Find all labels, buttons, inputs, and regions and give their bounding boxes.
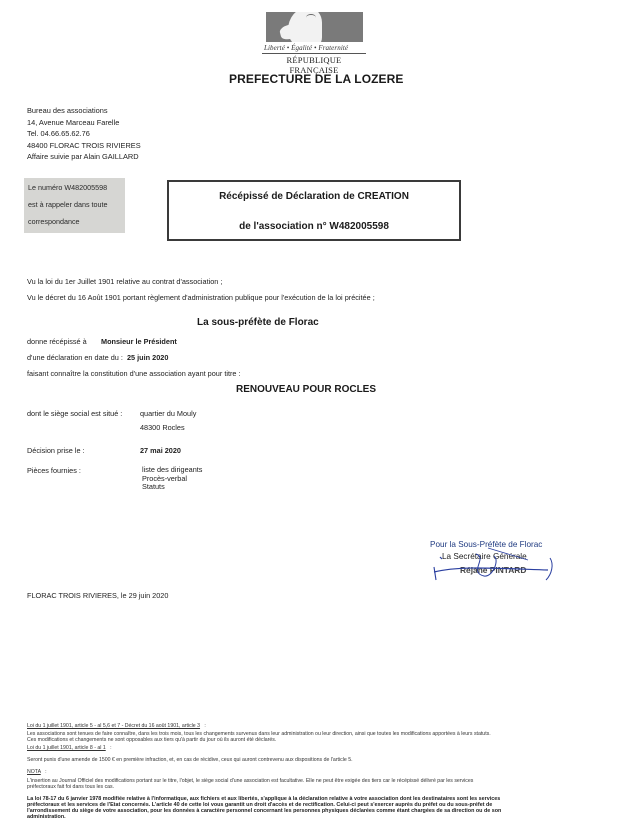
sender-line: 48400 FLORAC TROIS RIVIERES bbox=[27, 140, 141, 152]
reference-note-line: Le numéro W482005598 bbox=[28, 183, 107, 192]
legal-basis-line: Vu la loi du 1er Juillet 1901 relative a… bbox=[27, 277, 222, 286]
handwritten-signature-icon bbox=[428, 540, 578, 588]
issuing-authority: La sous-préfète de Florac bbox=[197, 317, 319, 328]
logo-profile-shape bbox=[288, 12, 322, 42]
sender-line: 14, Avenue Marceau Farelle bbox=[27, 117, 141, 129]
footer-nota-text2: préfectoraux fait foi dans tous les cas. bbox=[27, 784, 114, 790]
footer-ref2-text: Seront punis d'une amende de 1500 € en p… bbox=[27, 757, 353, 763]
receipt-title-box: Récépissé de Déclaration de CREATION de … bbox=[167, 180, 461, 241]
footer-nota-suffix: : bbox=[45, 769, 46, 775]
footer-cnil-line: administration. bbox=[27, 814, 501, 820]
document-item: Statuts bbox=[142, 483, 202, 492]
footer-nota-title: NOTA bbox=[27, 769, 41, 775]
seat-line2: 48300 Rocles bbox=[140, 423, 185, 432]
signature-block: Pour la Sous-Préfète de Florac La Secrét… bbox=[428, 540, 578, 588]
seat-line1: quartier du Mouly bbox=[140, 409, 196, 418]
footer-cnil-line: l'arrondissement du siège de votre assoc… bbox=[27, 808, 501, 814]
sender-line: Bureau des associations bbox=[27, 105, 141, 117]
receipt-title: Récépissé de Déclaration de CREATION bbox=[169, 191, 459, 202]
marianne-logo-icon bbox=[266, 12, 363, 42]
footer-ref1: Loi du 1 juillet 1901, article 5 - al 5,… bbox=[27, 723, 206, 729]
reference-note-box: Le numéro W482005598 est à rappeler dans… bbox=[24, 178, 125, 233]
reference-note-line: est à rappeler dans toute bbox=[28, 200, 108, 209]
footer-nota: NOTA : bbox=[27, 769, 47, 775]
declaration-date-label: d'une déclaration en date du : bbox=[27, 353, 123, 362]
decision-date: 27 mai 2020 bbox=[140, 446, 181, 455]
reference-note-line: correspondance bbox=[28, 217, 80, 226]
purpose-label: faisant connaître la constitution d'une … bbox=[27, 369, 241, 378]
sender-address-block: Bureau des associations 14, Avenue Marce… bbox=[27, 105, 141, 163]
footer-ref1-title: Loi du 1 juillet 1901, article 5 - al 5,… bbox=[27, 723, 200, 729]
decision-label: Décision prise le : bbox=[27, 446, 85, 455]
republic-motto: Liberté • Égalité • Fraternité bbox=[264, 44, 348, 52]
footer-cnil-block: La loi 78-17 du 6 janvier 1978 modifiée … bbox=[27, 796, 501, 820]
given-to-value: Monsieur le Président bbox=[101, 337, 177, 346]
legal-basis-line: Vu le décret du 16 Août 1901 portant règ… bbox=[27, 293, 375, 302]
declaration-date-value: 25 juin 2020 bbox=[127, 353, 168, 362]
given-to-label: donne récépissé à bbox=[27, 337, 87, 346]
place-and-date: FLORAC TROIS RIVIERES, le 29 juin 2020 bbox=[27, 591, 168, 600]
documents-list: liste des dirigeants Procès-verbal Statu… bbox=[142, 466, 202, 492]
sender-line: Affaire suivie par Alain GAILLARD bbox=[27, 151, 141, 163]
prefecture-title: PREFECTURE DE LA LOZERE bbox=[229, 72, 404, 86]
association-name: RENOUVEAU POUR ROCLES bbox=[236, 384, 376, 395]
sender-line: Tel. 04.66.65.62.76 bbox=[27, 128, 141, 140]
footer-ref1-suffix: : bbox=[204, 723, 205, 729]
association-number: de l'association n° W482005598 bbox=[169, 221, 459, 232]
footer-ref2-suffix: : bbox=[110, 745, 111, 751]
footer-ref1-text2: Ces modifications et changements ne sont… bbox=[27, 737, 276, 743]
footer-ref2: Loi du 1 juillet 1901, article 8 - al 1 … bbox=[27, 745, 112, 751]
footer-ref2-title: Loi du 1 juillet 1901, article 8 - al 1 bbox=[27, 745, 106, 751]
seat-label: dont le siège social est situé : bbox=[27, 409, 122, 418]
logo-hair-shape bbox=[306, 14, 316, 21]
documents-label: Pièces fournies : bbox=[27, 466, 81, 475]
